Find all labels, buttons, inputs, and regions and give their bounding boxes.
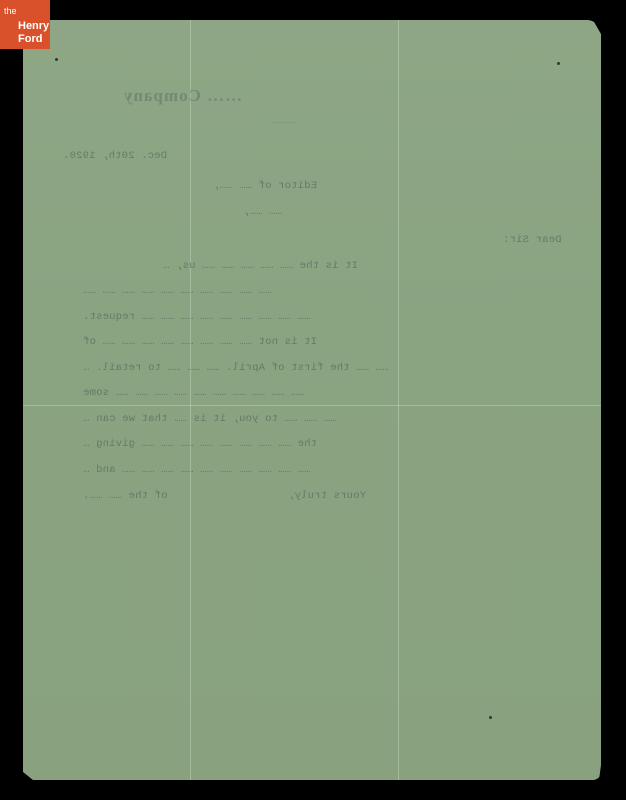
body-line-bleed: It is not …… …… …… …… …… …… …… …… of bbox=[83, 336, 317, 348]
body-line-bleed: of the …… ……. bbox=[83, 490, 168, 502]
paper-speck bbox=[55, 58, 58, 61]
letterhead-sub-bleed: ………… bbox=[273, 116, 295, 126]
logo-text-henry: Henry bbox=[18, 21, 49, 32]
body-line-bleed: …… …… …… …… …… …… …… …… …… …… and … bbox=[83, 464, 311, 476]
logo-text-the: the bbox=[4, 7, 17, 16]
henry-ford-logo: the Henry Ford bbox=[0, 0, 50, 49]
body-line-bleed: …… …… …… to you, it is …… that we can … bbox=[83, 413, 337, 425]
body-line-bleed: …… …… …… …… …… …… …… …… …… request. bbox=[83, 311, 311, 323]
fold-line-horizontal bbox=[23, 405, 601, 406]
addressee-line-2-bleed: …… ……, bbox=[243, 206, 282, 218]
paper-speck bbox=[489, 716, 492, 719]
letter-paper: …… Company ………… Dec. 20th, 1920. Editor … bbox=[23, 20, 601, 780]
fold-line-vertical-right bbox=[398, 20, 399, 780]
logo-text-ford: Ford bbox=[18, 34, 42, 45]
closing-bleed: Yours truly, bbox=[288, 490, 366, 502]
date-line-bleed: Dec. 20th, 1920. bbox=[63, 150, 167, 162]
body-line-bleed: …… …… …… …… …… …… …… …… …… …… some bbox=[83, 387, 304, 399]
fold-line-vertical-left bbox=[190, 20, 191, 780]
letterhead-bleed: …… Company bbox=[123, 86, 242, 106]
body-line-bleed: the …… …… …… …… …… …… …… …… giving … bbox=[83, 438, 317, 450]
body-line-bleed: It is the …… …… …… …… …… us, … bbox=[163, 260, 358, 272]
addressee-line-1-bleed: Editor of …… ……, bbox=[213, 180, 317, 192]
body-line-bleed: …… …… the first of April. …… …… …… to re… bbox=[83, 362, 389, 374]
paper-speck bbox=[557, 62, 560, 65]
body-line-bleed: …… …… …… …… …… …… …… …… …… …… bbox=[83, 285, 272, 297]
salutation-bleed: Dear Sir: bbox=[503, 234, 562, 246]
